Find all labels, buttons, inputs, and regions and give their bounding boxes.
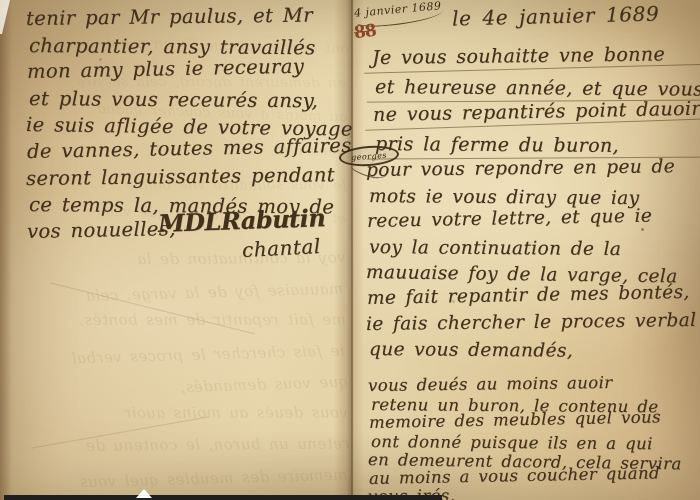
right-page-paragraph-1: Je vous souhaitte vne bonneet heureuse a… — [372, 44, 700, 158]
handwriting-line: me fait repantir de mes bontés, — [367, 279, 700, 311]
handwriting-line: receu votre lettre, et que ie — [367, 203, 700, 235]
torn-left-edge — [0, 0, 12, 500]
handwriting-line: que vous demandés, — [369, 337, 700, 365]
bleedthrough-line: memoire des meubles quel vous — [3, 459, 348, 500]
handwriting-line: ie fais chercher le proces verbal — [366, 307, 700, 337]
handwriting-line: pour vous repondre en peu de — [366, 154, 700, 184]
bleedthrough-line: vous deués au moins auoir — [4, 397, 348, 429]
handwriting-line: memoire des meubles quel vous — [369, 407, 700, 432]
bleedthrough-text-lower: voy la continuation de lamauuaise foy de… — [1, 242, 350, 500]
signature-chantal: chantal — [241, 234, 321, 262]
handwriting-line: vous deués au moins auoir — [368, 373, 700, 396]
right-page-paragraph-3: vous deués au moins auoirretenu un buron… — [368, 377, 700, 500]
handwriting-line: Je vous souhaitte vne bonne — [372, 40, 700, 73]
right-page-paragraph-2: pour vous repondre en peu demots ie vous… — [366, 158, 700, 363]
signature-rabutin: MDLRabutin — [158, 203, 326, 238]
handwriting-line: ne vous repantirés point dauoir — [373, 95, 700, 130]
bleedthrough-line: me fait repantir de mes bontés, — [2, 304, 346, 336]
scanner-background-strip — [4, 495, 442, 500]
handwriting-line: tenir par Mr paulus, et Mr — [26, 2, 356, 33]
handwriting-line: seront languissantes pendant — [26, 162, 356, 193]
crossed-out-number-mark: 88 — [353, 21, 377, 43]
bleedthrough-line: retenu un buron, le contenu de — [5, 428, 349, 462]
handwriting-line: mon amy plus ie receuray — [27, 53, 357, 86]
handwriting-line: voy la continuation de la — [369, 235, 700, 263]
handwriting-line: de vannes, toutes mes affaires — [27, 133, 357, 166]
letter-scan: ont donné puisque ils en a quien demeure… — [0, 0, 700, 500]
handwriting-line: et plus vous receurés ansy, — [29, 86, 359, 115]
letter-date-line: le 4e januier 1689 — [452, 1, 660, 30]
